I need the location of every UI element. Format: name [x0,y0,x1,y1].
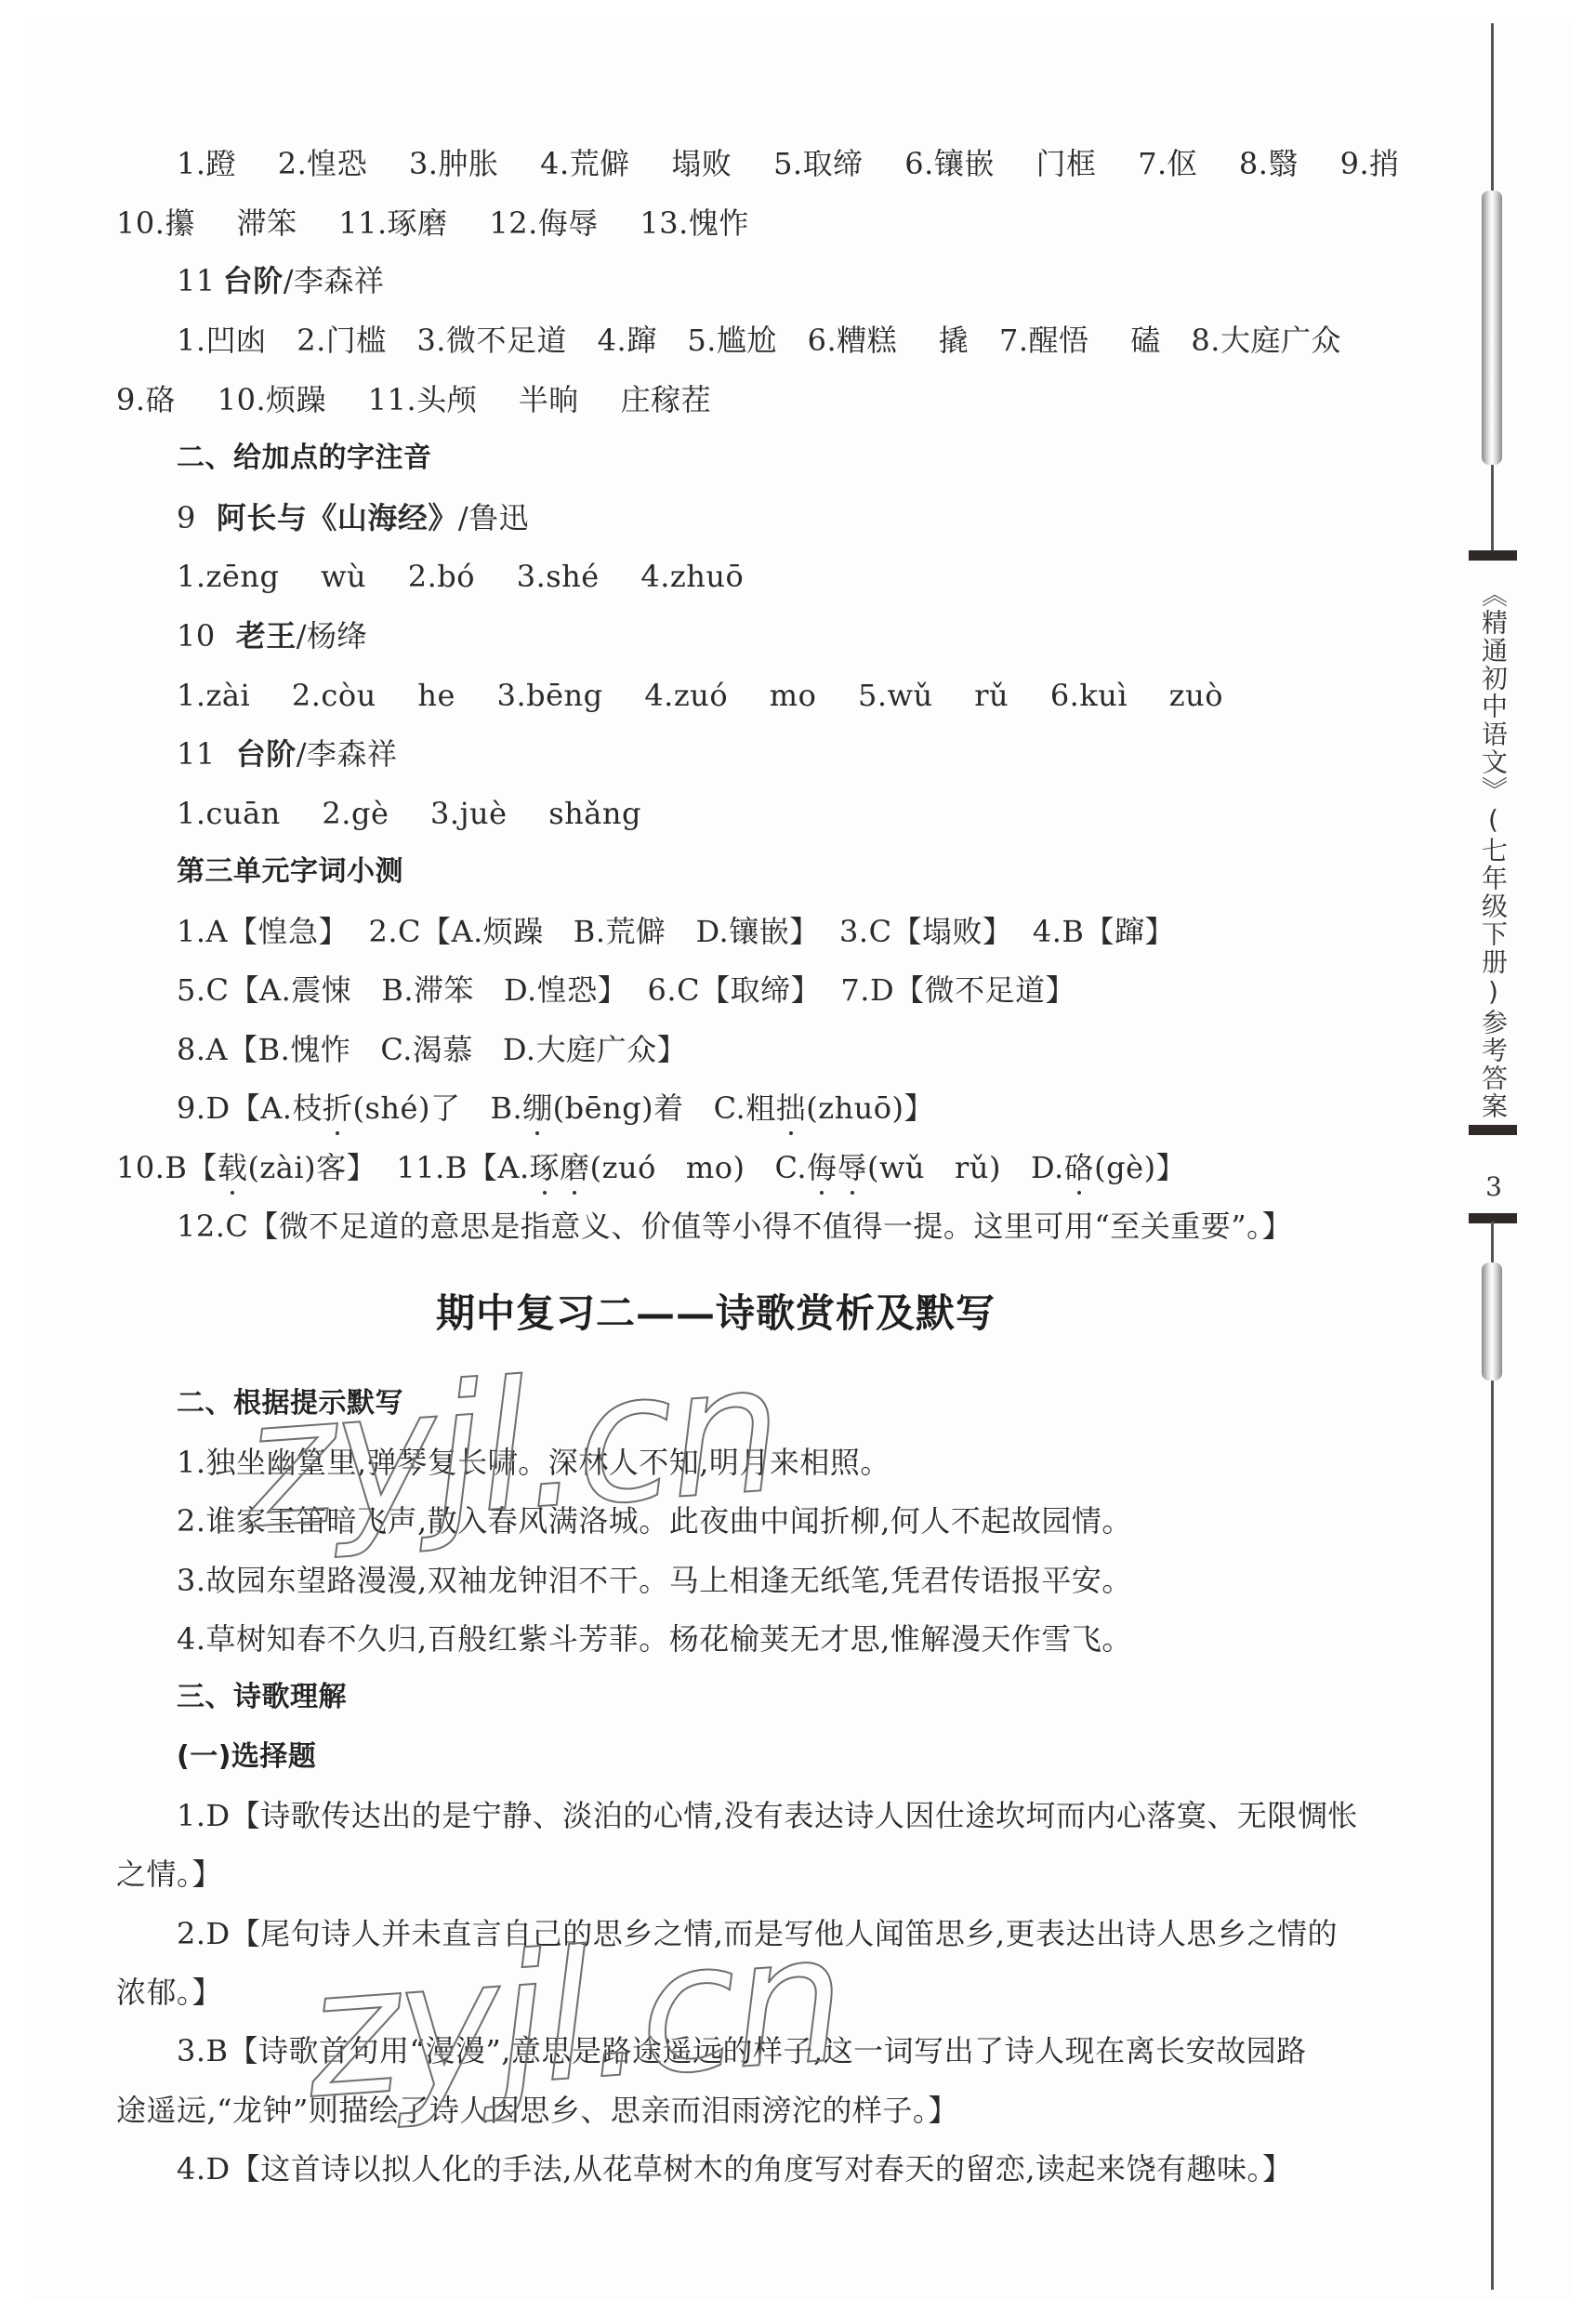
margin-tube-decoration [1482,191,1502,465]
dictation-line: 1.独坐幽篁里,弹琴复长啸。深林人不知,明月来相照。 [177,1444,890,1481]
answer: 门框 [1036,146,1097,181]
quiz-line: 8.A【B.愧怍 C.渴慕 D.大庭广众】 [177,1031,687,1068]
lesson-heading: 10老王/杨绛 [177,617,367,654]
quiz-line: 9.D【A.枝折(shé)了 B.绷(bēng)着 C.粗拙(zhuō)】 [177,1090,934,1127]
pinyin-answers: 1.zēng wù 2.bó 3.shé 4.zhuō [177,558,744,595]
choice-answer: 2.D【尾句诗人并未直言自己的思乡之情,而是写他人闻笛思乡,更表达出诗人思乡之情… [177,1915,1338,1952]
answer: 12.侮辱 [489,205,598,241]
pinyin-answers: 1.zài 2.còu he 3.bēng 4.zuó mo 5.wǔ rǔ 6… [177,677,1223,714]
margin-tube-decoration [1482,1262,1502,1381]
margin-rule [1491,1381,1494,2290]
answer: 7.伛 [1138,146,1197,181]
section-title: 期中复习二——诗歌赏析及默写 [0,1290,1431,1337]
section-heading-pinyin: 二、给加点的字注音 [177,440,432,477]
page-number: 3 [1478,1171,1510,1202]
section-heading-understanding: 三、诗歌理解 [177,1679,347,1716]
lesson-heading: 9阿长与《山海经》/鲁迅 [177,499,529,536]
spelling-answers-line-4: 9.硌 10.烦躁 11.头颅 半晌 庄稼茬 [116,381,711,418]
answer: 3.肿胀 [409,146,499,181]
answer: 塌败 [671,146,732,181]
choice-answer-continued: 之情。】 [116,1856,222,1893]
choice-answer: 3.B【诗歌首句用“漫漫”,意思是路途遥远的样子,这一词写出了诗人现在离长安故园… [177,2032,1307,2069]
spelling-answers-line-3: 1.凹凼 2.门槛 3.微不足道 4.蹿 5.尴尬 6.糟糕 撬 7.醒悟 磕 … [177,322,1341,359]
section-heading-dictation: 二、根据提示默写 [177,1385,403,1422]
answer: 9.捎 [1340,146,1400,181]
book-title-vertical: 《精通初中语文》(七年级下册)参考答案 [1476,581,1510,1120]
margin-bar [1469,550,1517,561]
spelling-answers-line-2: 10.攥 滞笨 11.琢磨 12.侮辱 13.愧怍 [116,205,749,242]
choice-answer-continued: 浓郁。】 [116,1974,222,2011]
answer: 滞笨 [237,205,297,241]
choice-answer: 4.D【这首诗以拟人化的手法,从花草树木的角度写对春天的留恋,读起来饶有趣味。】 [177,2150,1293,2187]
answer: 10.攥 [116,205,195,241]
dictation-line: 2.谁家玉笛暗飞声,散入春风满洛城。此夜曲中闻折柳,何人不起故园情。 [177,1502,1132,1539]
pinyin-answers: 1.cuān 2.gè 3.juè shǎng [177,795,641,832]
answer: 11.琢磨 [338,205,447,241]
margin-rule [1491,465,1494,553]
answer: 4.荒僻 [540,146,630,181]
choice-answer: 1.D【诗歌传达出的是宁静、淡泊的心情,没有表达诗人因仕途坎坷而内心落寞、无限惆… [177,1797,1358,1834]
answer: 2.惶恐 [278,146,368,181]
quiz-line: 12.C【微不足道的意思是指意义、价值等小得不值得一提。这里可用“至关重要”。】 [177,1208,1292,1245]
quiz-line: 1.A【惶急】 2.C【A.烦躁 B.荒僻 D.镶嵌】 3.C【塌败】 4.B【… [177,913,1175,950]
answer: 5.取缔 [773,146,864,181]
answer: 1.蹬 [177,146,236,181]
section-heading-quiz: 第三单元字词小测 [177,853,403,891]
dictation-line: 4.草树知春不久归,百般红紫斗芳菲。杨花榆荚无才思,惟解漫天作雪飞。 [177,1620,1132,1658]
lesson-heading: 11台阶/李森祥 [177,262,385,299]
dictation-line: 3.故园东望路漫漫,双袖龙钟泪不干。马上相逢无纸笔,凭君传语报平安。 [177,1562,1132,1599]
margin-rule [1491,1222,1494,1262]
subsection-heading-choice: (一)选择题 [177,1738,316,1776]
margin-bar [1469,1125,1517,1135]
answer: 8.翳 [1239,146,1299,181]
quiz-line: 5.C【A.震悚 B.滞笨 D.惶恐】 6.C【取缔】 7.D【微不足道】 [177,971,1075,1009]
answer: 13.愧怍 [640,205,748,241]
quiz-line: 10.B【载(zài)客】 11.B【A.琢磨(zuó mo) C.侮辱(wǔ … [116,1149,1186,1186]
spelling-answers-line-1: 1.蹬 2.惶恐 3.肿胀 4.荒僻 塌败 5.取缔 6.镶嵌 门框 7.伛 8… [177,145,1400,182]
margin-rule [1491,23,1494,191]
lesson-heading: 11台阶/李森祥 [177,735,398,773]
answer: 6.镶嵌 [904,146,995,181]
choice-answer-continued: 途遥远,“龙钟”则描绘了诗人因思乡、思亲而泪雨滂沱的样子。】 [116,2092,958,2129]
